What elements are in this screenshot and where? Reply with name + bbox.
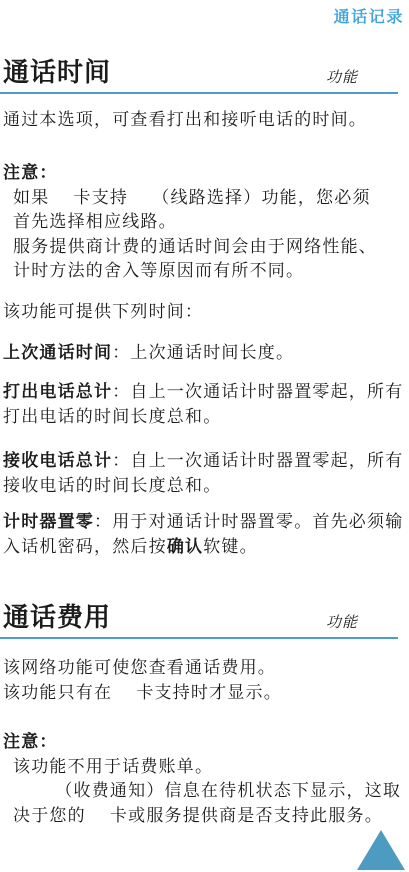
manual-page: 通话记录 通话时间功能通过本选项，可查看打出和接听电话的时间。注意：如果 卡支持… — [0, 0, 409, 872]
note-block: 注意：如果 卡支持 （线路选择）功能，您必须首先选择相应线路。服务提供商计费的通… — [3, 161, 406, 284]
text-run-bold: 确认 — [167, 537, 203, 556]
text-line: 打出电话的时间长度总和。 — [3, 405, 406, 430]
text-run-bold: 注意： — [3, 732, 58, 751]
text-line: 决于您的 卡或服务提供商是否支持此服务。 — [3, 804, 406, 829]
text-line: 通过本选项，可查看打出和接听电话的时间。 — [3, 108, 406, 133]
text-line: 上次通话时间：上次通话时间长度。 — [3, 341, 406, 366]
intro-paragraph: 通过本选项，可查看打出和接听电话的时间。 — [3, 108, 406, 133]
text-run: 该功能可提供下列时间： — [3, 302, 203, 321]
text-line: 接收电话总计：自上一次通话计时器置零起，所有 — [3, 449, 406, 474]
item-dialed-calls-total: 打出电话总计：自上一次通话计时器置零起，所有打出电话的时间长度总和。 — [3, 380, 406, 429]
text-line: 入话机密码，然后按确认软键。 — [3, 535, 406, 560]
intro-paragraph: 该网络功能可使您查看通话费用。该功能只有在 卡支持时才显示。 — [3, 656, 406, 705]
text-run: 软键。 — [203, 537, 258, 556]
text-run: ：自上一次通话计时器置零起，所有 — [112, 451, 403, 470]
text-line: 计时方法的舍入等原因而有所不同。 — [3, 259, 406, 284]
text-line: 注意： — [3, 161, 406, 186]
text-line: 计时器置零：用于对通话计时器置零。首先必须输 — [3, 510, 406, 535]
text-run-bold: 接收电话总计 — [3, 451, 112, 470]
text-line: 该功能只有在 卡支持时才显示。 — [3, 681, 406, 706]
next-page-triangle-icon[interactable] — [357, 830, 405, 870]
note-block: 注意：该功能不用于话费账单。 （收费通知）信息在待机状态下显示，这取决于您的 卡… — [3, 730, 406, 828]
text-line: 首先选择相应线路。 — [3, 210, 406, 235]
list-intro-paragraph: 该功能可提供下列时间： — [3, 300, 406, 325]
text-run: 接收电话的时间长度总和。 — [3, 476, 221, 495]
item-received-calls-total: 接收电话总计：自上一次通话计时器置零起，所有接收电话的时间长度总和。 — [3, 449, 406, 498]
item-last-call-time: 上次通话时间：上次通话时间长度。 — [3, 341, 406, 366]
text-line: （收费通知）信息在待机状态下显示，这取 — [3, 779, 406, 804]
chapter-tab-label: 通话记录 — [334, 4, 404, 27]
section-title: 通话费用 — [3, 602, 111, 633]
section-feature-badge: 功能 — [326, 66, 358, 87]
text-run: 计时方法的舍入等原因而有所不同。 — [13, 261, 304, 280]
item-reset-timers: 计时器置零：用于对通话计时器置零。首先必须输入话机密码，然后按确认软键。 — [3, 510, 406, 559]
text-run: （收费通知）信息在待机状态下显示，这取 — [13, 781, 401, 800]
text-run: 该网络功能可使您查看通话费用。 — [3, 658, 276, 677]
section-title: 通话时间 — [3, 57, 111, 88]
text-run: ：自上一次通话计时器置零起，所有 — [112, 382, 403, 401]
text-run: 通过本选项，可查看打出和接听电话的时间。 — [3, 110, 367, 129]
text-run-bold: 计时器置零 — [3, 512, 94, 531]
text-run-bold: 注意： — [3, 163, 58, 182]
text-line: 该功能不用于话费账单。 — [3, 755, 406, 780]
text-run: 决于您的 卡或服务提供商是否支持此服务。 — [13, 806, 383, 825]
text-line: 如果 卡支持 （线路选择）功能，您必须 — [3, 186, 406, 211]
section-underline-rule — [0, 92, 398, 94]
text-run: 服务提供商计费的通话时间会由于网络性能、 — [13, 237, 377, 256]
text-run: ：上次通话时间长度。 — [112, 343, 294, 362]
text-run: 首先选择相应线路。 — [13, 212, 177, 231]
text-line: 服务提供商计费的通话时间会由于网络性能、 — [3, 235, 406, 260]
text-line: 接收电话的时间长度总和。 — [3, 474, 406, 499]
section-feature-badge: 功能 — [326, 611, 358, 632]
text-run-bold: 打出电话总计 — [3, 382, 112, 401]
text-run: ：用于对通话计时器置零。首先必须输 — [94, 512, 403, 531]
text-line: 注意： — [3, 730, 406, 755]
text-run: 打出电话的时间长度总和。 — [3, 407, 221, 426]
section-underline-rule — [0, 637, 398, 639]
text-line: 打出电话总计：自上一次通话计时器置零起，所有 — [3, 380, 406, 405]
text-line: 该功能可提供下列时间： — [3, 300, 406, 325]
text-run: 入话机密码，然后按 — [3, 537, 167, 556]
text-run: 如果 卡支持 （线路选择）功能，您必须 — [13, 188, 371, 207]
text-run: 该功能不用于话费账单。 — [13, 757, 213, 776]
text-line: 该网络功能可使您查看通话费用。 — [3, 656, 406, 681]
text-run-bold: 上次通话时间 — [3, 343, 112, 362]
text-run: 该功能只有在 卡支持时才显示。 — [3, 683, 282, 702]
